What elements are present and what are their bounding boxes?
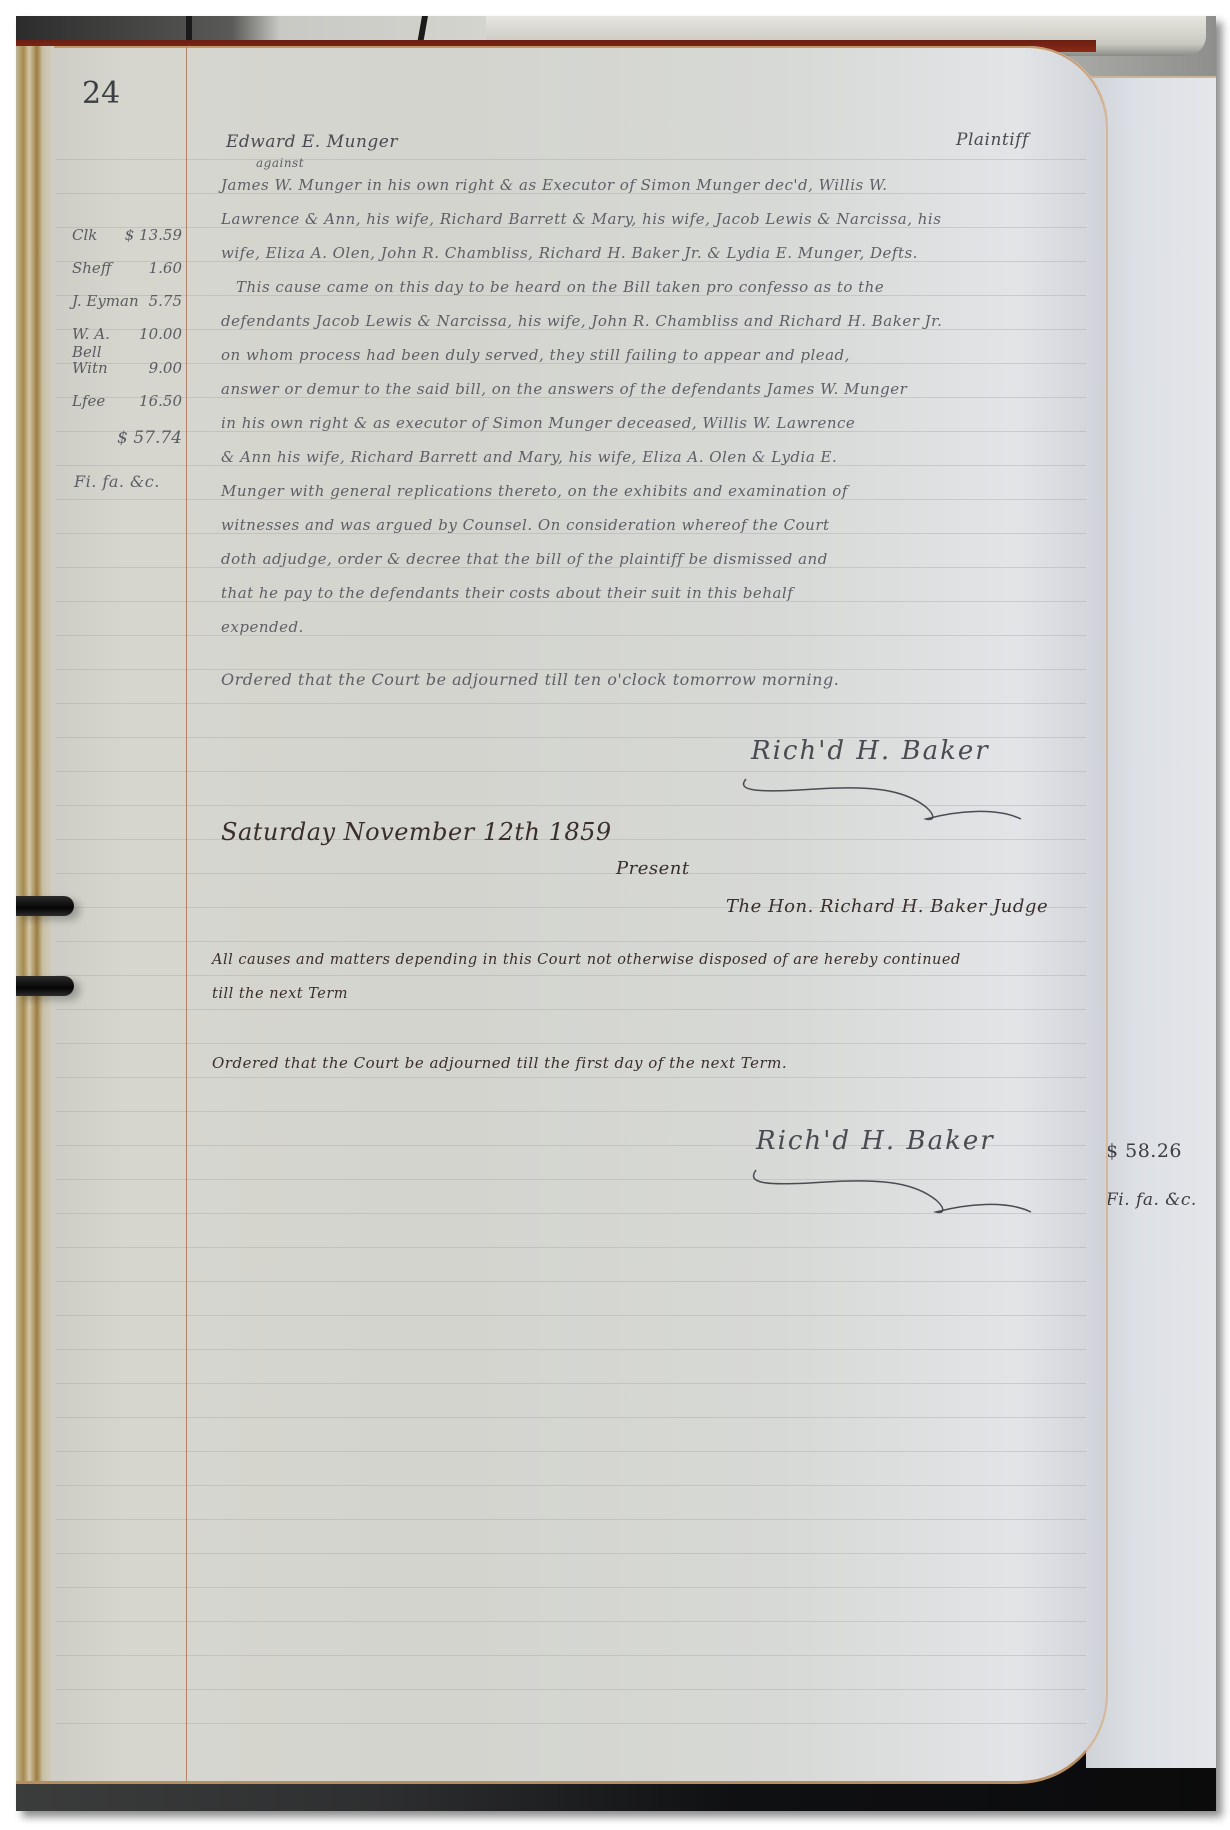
case-line: defendants Jacob Lewis & Narcissa, his w… (221, 312, 942, 330)
right-margin-note: Fi. fa. &c. (1106, 1190, 1197, 1210)
signature-flourish-icon (746, 1164, 1046, 1224)
cost-row: Sheff 1.60 (72, 259, 182, 277)
case-adjournment: Ordered that the Court be adjourned till… (221, 670, 839, 689)
plaintiff-label: Plaintiff (956, 130, 1029, 150)
case-line: answer or demur to the said bill, on the… (221, 380, 907, 398)
margin-rule (186, 46, 187, 1781)
binder-ring (16, 896, 74, 916)
present-label: Present (616, 858, 690, 879)
cost-label: J. Eyman (72, 292, 139, 310)
case-line: that he pay to the defendants their cost… (221, 584, 793, 602)
cost-row: W. A. Bell 10.00 (72, 325, 182, 361)
cost-value: 10.00 (139, 325, 182, 361)
case-line: wife, Eliza A. Olen, John R. Chambliss, … (221, 244, 918, 262)
cost-value: $ 13.59 (125, 226, 182, 244)
cost-row: Lfee 16.50 (72, 392, 182, 410)
ledger-page: 24 Clk $ 13.59 Sheff 1.60 J. Eyman 5.75 … (16, 46, 1108, 1784)
cost-label: Clk (72, 226, 97, 244)
signature-flourish-icon (736, 771, 1036, 831)
cost-row: Clk $ 13.59 (72, 226, 182, 244)
ledger-photograph: $ 58.26 Fi. fa. &c. 24 Clk $ 13.59 Sheff… (16, 16, 1216, 1811)
page-number: 24 (82, 76, 120, 111)
case-line: Lawrence & Ann, his wife, Richard Barret… (221, 210, 941, 228)
case-line: Munger with general replications thereto… (221, 482, 848, 500)
plaintiff-name: Edward E. Munger (226, 132, 398, 152)
cost-label: Sheff (72, 259, 111, 277)
continuance-line: All causes and matters depending in this… (212, 952, 961, 968)
continuance-line: till the next Term (212, 986, 348, 1002)
cost-value: 1.60 (149, 259, 182, 277)
case-line: witnesses and was argued by Counsel. On … (221, 516, 830, 534)
cost-label: W. A. Bell (72, 325, 139, 361)
cost-total: $ 57.74 (117, 428, 182, 448)
session-adjournment: Ordered that the Court be adjourned till… (212, 1054, 787, 1072)
judge-present: The Hon. Richard H. Baker Judge (726, 896, 1048, 917)
cost-total-row: $ 57.74 (72, 428, 182, 448)
case-line: expended. (221, 618, 304, 636)
cost-label: Lfee (72, 392, 105, 410)
case-line: & Ann his wife, Richard Barrett and Mary… (221, 448, 837, 466)
case-line: James W. Munger in his own right & as Ex… (221, 176, 888, 194)
cost-row: J. Eyman 5.75 (72, 292, 182, 310)
judge-signature: Rich'd H. Baker (751, 736, 990, 766)
margin-note: Fi. fa. &c. (74, 472, 160, 491)
binder-ring (16, 976, 74, 996)
ruled-lines (56, 126, 1086, 1741)
case-line: This cause came on this day to be heard … (236, 278, 884, 296)
cost-label: Witn (72, 359, 108, 377)
judge-signature: Rich'd H. Baker (756, 1126, 995, 1156)
cost-value: 16.50 (139, 392, 182, 410)
cost-row: Witn 9.00 (72, 359, 182, 377)
right-margin-amount: $ 58.26 (1106, 1140, 1182, 1162)
case-line: on whom process had been duly served, th… (221, 346, 850, 364)
cost-value: 9.00 (149, 359, 182, 377)
case-line: in his own right & as executor of Simon … (221, 414, 855, 432)
cost-value: 5.75 (149, 292, 182, 310)
session-date: Saturday November 12th 1859 (221, 818, 612, 846)
against-label: against (256, 156, 304, 170)
case-line: doth adjudge, order & decree that the bi… (221, 550, 828, 568)
